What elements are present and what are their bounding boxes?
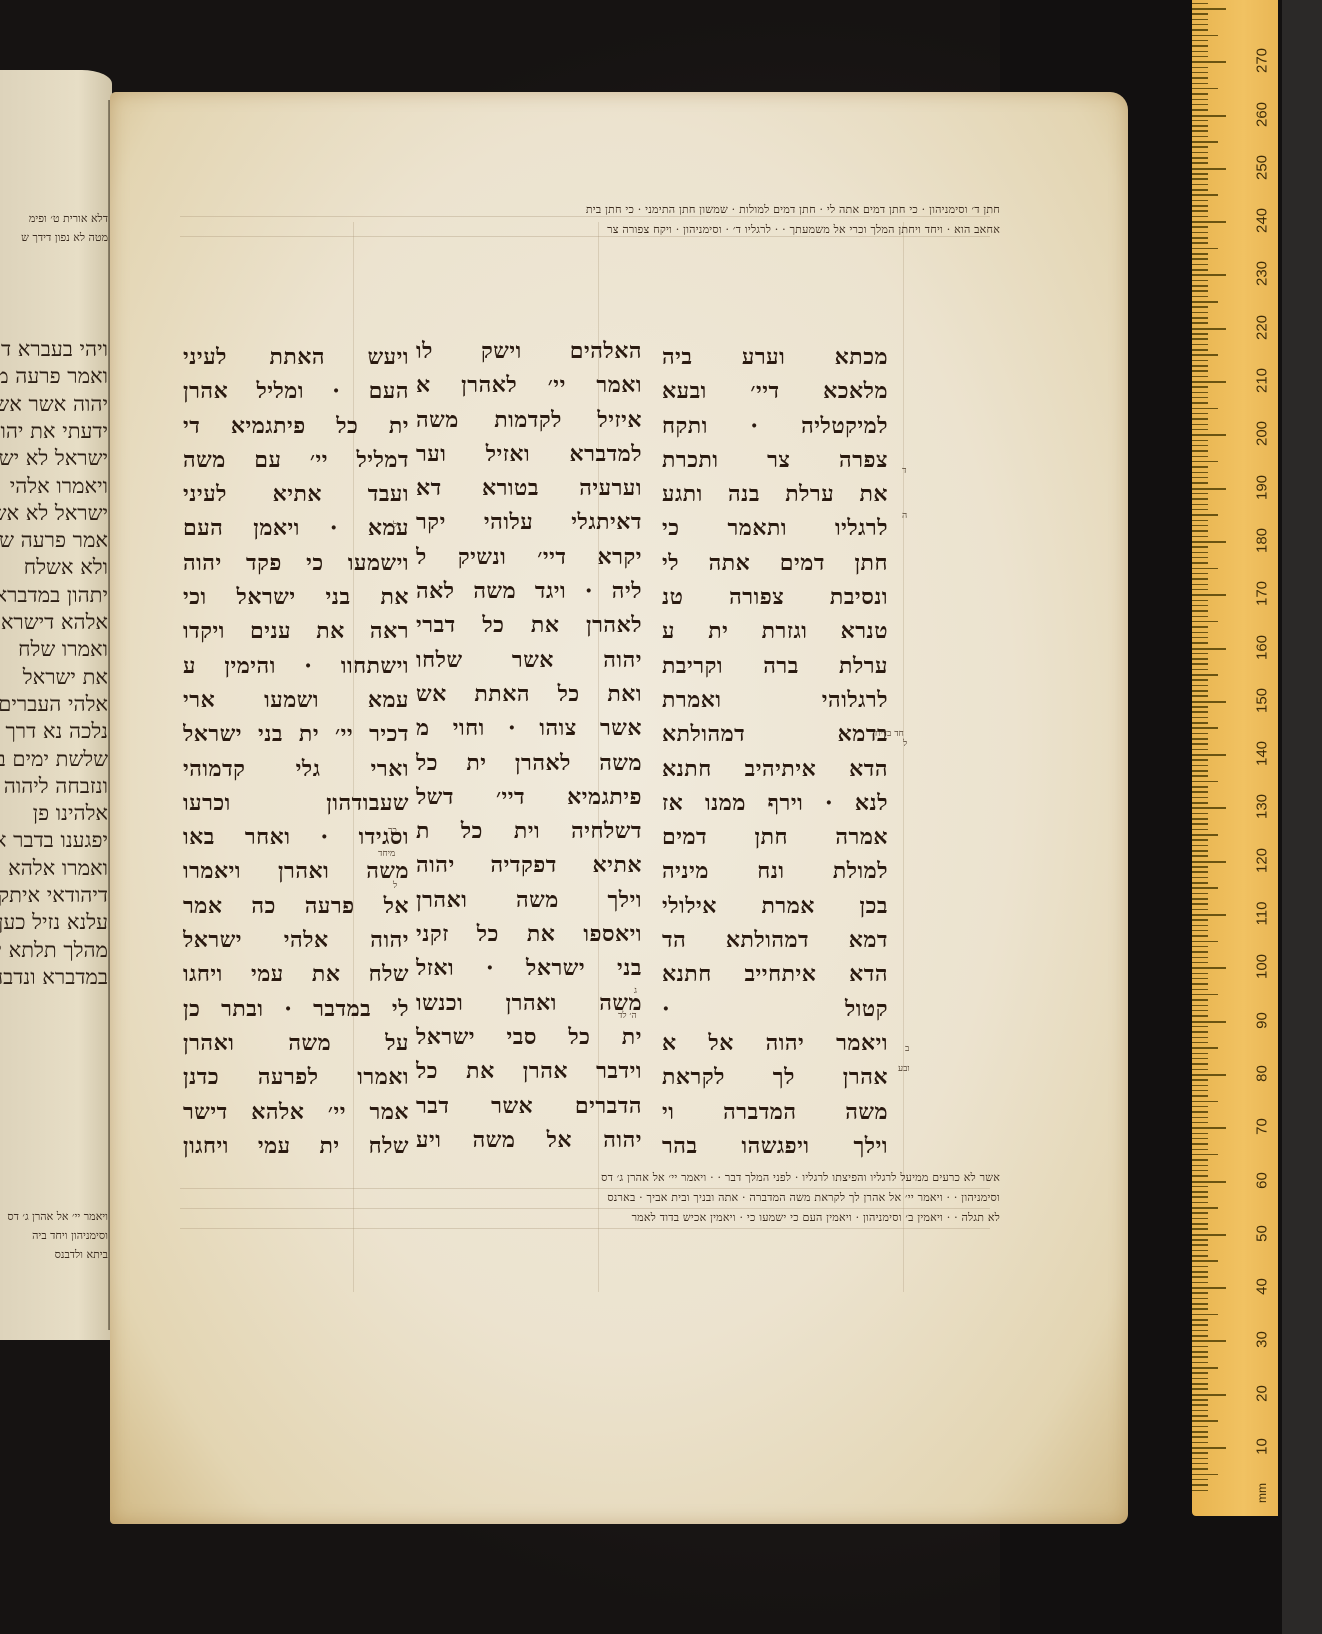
ruler-tick <box>1192 296 1208 298</box>
masorah-parva-note: ג <box>634 985 637 997</box>
ruler-tick <box>1192 1383 1208 1385</box>
ruler-tick <box>1192 1356 1208 1358</box>
text-line: האלהים וישק לו <box>416 334 642 368</box>
ruler-tick <box>1192 791 1208 793</box>
text-line: לנא · וירף ממנו אז <box>662 786 888 820</box>
masorah-magna-top-1: חתן ד׳ וסימניהון · כי חתן דמים אתה לי · … <box>300 200 1000 220</box>
text-line: דמא דמהולתא הד <box>662 923 888 957</box>
ruler-tick <box>1192 541 1226 543</box>
ruler-tick <box>1192 1442 1208 1444</box>
ruler-tick <box>1192 994 1218 996</box>
ruler-tick <box>1192 1452 1208 1454</box>
ruler-tick <box>1192 1447 1226 1449</box>
text-line: וילך ויפגשהו בהר <box>662 1129 888 1163</box>
left-page-line: יהוה אשר אשמע <box>0 391 108 418</box>
ruler-tick <box>1192 1367 1218 1369</box>
ruler-tick <box>1192 1133 1208 1135</box>
ruler-tick <box>1192 466 1208 468</box>
ruler-tick <box>1192 221 1226 223</box>
text-line: וארי גלי קדמוהי <box>183 752 409 786</box>
ruler-tick <box>1192 370 1208 372</box>
ruler-tick <box>1192 882 1208 884</box>
text-line: לרגליו ותאמר כי <box>662 511 888 545</box>
ruler-tick <box>1192 711 1208 713</box>
ruler-label: 90 <box>1254 1002 1271 1038</box>
ruler-tick <box>1192 1255 1208 1257</box>
ruler-label: 180 <box>1254 522 1271 558</box>
ruler-tick <box>1192 861 1226 863</box>
ruler-tick <box>1192 109 1208 111</box>
ruler-tick <box>1192 1346 1208 1348</box>
ruler-tick <box>1192 216 1208 218</box>
text-line: צפרה צר ותכרת <box>662 443 888 477</box>
left-page-line: אלהינו פן <box>33 800 108 827</box>
ruler-tick <box>1192 477 1208 479</box>
ruler-tick <box>1192 1186 1208 1188</box>
text-line: אמר יי׳ אלהא דישר <box>183 1095 409 1129</box>
ruler-tick <box>1192 61 1226 63</box>
text-line: ערלת ברה וקריבת <box>662 649 888 683</box>
ruler-tick <box>1192 168 1226 170</box>
ruler-tick <box>1192 360 1208 362</box>
ruler-tick <box>1192 1191 1208 1193</box>
ruler-tick <box>1192 1069 1208 1071</box>
ruler-tick <box>1192 1154 1218 1156</box>
ruler-tick <box>1192 674 1218 676</box>
ruler-tick <box>1192 45 1208 47</box>
ruler-tick <box>1192 440 1208 442</box>
text-line: אל פרעה כה אמר <box>183 889 409 923</box>
ruler-tick <box>1192 1202 1208 1204</box>
ruler-tick <box>1192 1063 1208 1065</box>
left-page-line: אמר פרעה שמי <box>0 527 108 554</box>
ruler-label: 170 <box>1254 576 1271 612</box>
ruler-label: 130 <box>1254 789 1271 825</box>
text-line: ראה את ענים ויקדו <box>183 614 409 648</box>
ruler-tick <box>1192 818 1208 820</box>
masorah-parva-note: ל <box>393 880 397 892</box>
ruler-tick <box>1192 914 1226 916</box>
ruler-tick <box>1192 365 1208 367</box>
ruler-tick <box>1192 1159 1208 1161</box>
ruler-tick <box>1192 1143 1208 1145</box>
ruler-tick <box>1192 935 1208 937</box>
ruler-tick <box>1192 823 1208 825</box>
ruler-tick <box>1192 946 1208 948</box>
ruler-tick <box>1192 546 1208 548</box>
ruler-tick <box>1192 893 1208 895</box>
ruler-tick <box>1192 392 1208 394</box>
ruler-tick <box>1192 67 1208 69</box>
left-page-line: שלשת ימים במדבר <box>0 746 108 773</box>
ruler-tick <box>1192 610 1208 612</box>
left-page-line: ויאמרו אלהי <box>10 473 108 500</box>
text-line: הדא איתיהיב חתנא <box>662 752 888 786</box>
text-line: בדמא דמהולתא <box>662 717 888 751</box>
text-line: מלאכא דיי׳ ובעא <box>662 374 888 408</box>
ruler-tick <box>1192 115 1226 117</box>
ruler-tick <box>1192 83 1208 85</box>
ruler-tick <box>1192 93 1208 95</box>
ruler-tick <box>1192 99 1208 101</box>
ruler-tick <box>1192 322 1208 324</box>
ruler-tick <box>1192 978 1208 980</box>
ruler-tick <box>1192 1037 1208 1039</box>
ruler-tick <box>1192 1308 1208 1310</box>
ruler-label: 270 <box>1254 43 1271 79</box>
ruler-label: 20 <box>1254 1375 1271 1411</box>
masorah-magna-bottom-1: אשר לא כרעים ממיעל לרגליו והפיצתו לרגליו… <box>300 1168 1000 1188</box>
ruler-tick <box>1192 178 1208 180</box>
masorah-parva-note: חד בדיח <box>875 728 904 740</box>
ruler-tick <box>1192 1181 1226 1183</box>
ruler-label: 140 <box>1254 736 1271 772</box>
ruler-tick <box>1192 1298 1208 1300</box>
ruler-tick <box>1192 301 1218 303</box>
text-line: איזיל לקדמות משה <box>416 403 642 437</box>
ruler-tick <box>1192 626 1208 628</box>
ruler-tick <box>1192 1117 1208 1119</box>
ruler-tick <box>1192 104 1208 106</box>
text-column-middle: האלהים וישק לוואמר יי׳ לאהרן אאיזיל לקדמ… <box>416 334 642 1157</box>
left-page-line: ואמר פרעה מי <box>0 363 108 390</box>
ruler-tick <box>1192 1021 1226 1023</box>
scale-ruler: 1020304050607080901001101201301401501601… <box>1192 0 1278 1516</box>
text-line: העם · ומליל אהרן <box>183 374 409 408</box>
ruler-tick <box>1192 573 1208 575</box>
ruler-tick <box>1192 397 1208 399</box>
text-line: וילך משה ואהרן <box>416 883 642 917</box>
masorah-magna-bottom-3: לא תגלה · · ויאמין ב׳ וסימניהון · ויאמין… <box>300 1208 1000 1228</box>
ruler-tick <box>1192 141 1218 143</box>
ruler-tick <box>1192 280 1208 282</box>
text-line: ית כל סבי ישראל <box>416 1020 642 1054</box>
ruler-tick <box>1192 1122 1208 1124</box>
ruler-tick <box>1192 35 1218 37</box>
text-line: אמרה חתן דמים <box>662 820 888 854</box>
ruler-tick <box>1192 797 1208 799</box>
ruler-tick <box>1192 1207 1218 1209</box>
ruler-tick <box>1192 232 1208 234</box>
ruler-tick <box>1192 1074 1226 1076</box>
ruler-tick <box>1192 727 1218 729</box>
ruler-tick <box>1192 418 1208 420</box>
text-line: לאהרן את כל דברי <box>416 608 642 642</box>
ruler-tick <box>1192 1484 1208 1486</box>
ruler-tick <box>1192 381 1226 383</box>
ruler-tick <box>1192 807 1226 809</box>
ruler-tick <box>1192 967 1226 969</box>
masorah-parva-note: כר <box>388 825 397 837</box>
ruler-tick <box>1192 941 1218 943</box>
ruler-tick <box>1192 648 1226 650</box>
masorah-parva-note: ה <box>902 510 907 522</box>
ruler-tick <box>1192 306 1208 308</box>
left-page: דלא אורית ט׳ ופימ מטה לא נפון דידך ש ויה… <box>0 70 112 1340</box>
ruler-tick <box>1192 557 1208 559</box>
left-page-line: במדברא ונדבח קדם <box>0 964 108 991</box>
left-page-line: ואמרו שלח <box>18 636 108 663</box>
left-page-line: ויהי בעברא דיו <box>0 336 108 363</box>
text-line: את ערלת בנה ותגע <box>662 477 888 511</box>
text-line: דמליל יי׳ עם משה <box>183 443 409 477</box>
text-line: יהוה אל משה ויע <box>416 1123 642 1157</box>
ruler-tick <box>1192 594 1226 596</box>
ruler-tick <box>1192 642 1208 644</box>
left-page-line: ונזבחה ליהוה <box>4 773 108 800</box>
ruler-tick <box>1192 813 1208 815</box>
ruler-label: 40 <box>1254 1269 1271 1305</box>
ruler-label: 190 <box>1254 469 1271 505</box>
ruler-tick <box>1192 429 1208 431</box>
ruler-tick <box>1192 1101 1218 1103</box>
ruler-tick <box>1192 1111 1208 1113</box>
ruler-tick <box>1192 850 1208 852</box>
ruler-tick <box>1192 338 1208 340</box>
ruler-tick <box>1192 957 1208 959</box>
left-page-line: יפגענו בדבר או <box>0 827 108 854</box>
text-line: יהוה אלהי ישראל <box>183 923 409 957</box>
ruler-label: 200 <box>1254 416 1271 452</box>
text-line: וידבר אהרן את כל <box>416 1054 642 1088</box>
ruler-tick <box>1192 770 1208 772</box>
text-line: דאיתגלי עלוהי יקר <box>416 505 642 539</box>
text-line: וישתחוו · והימין ע <box>183 649 409 683</box>
ruler-tick <box>1192 1436 1208 1438</box>
ruler-tick <box>1192 690 1208 692</box>
left-page-line: אלהא דישראל <box>0 609 108 636</box>
ruler-tick <box>1192 1303 1208 1305</box>
ruler-tick <box>1192 1212 1208 1214</box>
ruler-tick <box>1192 584 1208 586</box>
ruler-tick <box>1192 1165 1208 1167</box>
text-line: דכיר יי׳ ית בני ישראל <box>183 717 409 751</box>
left-page-line: ידעתי את יהוה <box>0 418 108 445</box>
ruler-tick <box>1192 845 1208 847</box>
ruler-tick <box>1192 706 1208 708</box>
ruler-tick <box>1192 1196 1208 1198</box>
text-line: למולת ונח מיניה <box>662 854 888 888</box>
ruler-tick <box>1192 77 1208 79</box>
ruler-tick <box>1192 8 1226 10</box>
ruler-tick <box>1192 1218 1208 1220</box>
ruler-tick <box>1192 669 1208 671</box>
ruler-tick <box>1192 717 1208 719</box>
ruler-tick <box>1192 1047 1218 1049</box>
ruler-tick <box>1192 951 1208 953</box>
ruler-tick <box>1192 973 1208 975</box>
ruler-tick <box>1192 530 1208 532</box>
ruler-tick <box>1192 1330 1208 1332</box>
ruler-label: 220 <box>1254 309 1271 345</box>
ruler-tick <box>1192 88 1218 90</box>
ruler-tick <box>1192 1244 1208 1246</box>
ruler-tick <box>1192 24 1208 26</box>
text-line: וערעיה בטורא דא <box>416 471 642 505</box>
text-line: לי במדבר · ובתר כן <box>183 992 409 1026</box>
ruler-tick <box>1192 1015 1208 1017</box>
ruler-tick <box>1192 999 1208 1001</box>
ruling-line <box>903 222 904 1292</box>
ruler-tick <box>1192 1394 1226 1396</box>
ruler-tick <box>1192 589 1208 591</box>
ruler-tick <box>1192 290 1208 292</box>
masorah-parva-note: ב <box>905 1043 909 1055</box>
ruler-tick <box>1192 781 1218 783</box>
ruler-tick <box>1192 472 1208 474</box>
ruler-tick <box>1192 685 1208 687</box>
ruler-tick <box>1192 413 1208 415</box>
ruler-tick <box>1192 1474 1218 1476</box>
ruler-tick <box>1192 1468 1208 1470</box>
ruler-tick <box>1192 1266 1208 1268</box>
text-line: ליה · ויגד משה לאה <box>416 574 642 608</box>
ruler-tick <box>1192 349 1208 351</box>
ruler-tick <box>1192 173 1208 175</box>
ruler-tick <box>1192 248 1218 250</box>
text-line: פיתגמיא דיי׳ דשל <box>416 780 642 814</box>
text-line: הדברים אשר דבר <box>416 1089 642 1123</box>
ruler-tick <box>1192 1282 1208 1284</box>
ruler-tick <box>1192 925 1208 927</box>
ruler-tick <box>1192 312 1208 314</box>
ruler-tick <box>1192 1250 1208 1252</box>
ruler-tick <box>1192 1005 1208 1007</box>
text-line: עמא · ויאמן העם <box>183 511 409 545</box>
ruler-tick <box>1192 125 1208 127</box>
ruler-tick <box>1192 1239 1208 1241</box>
ruler-tick <box>1192 1404 1208 1406</box>
ruler-tick <box>1192 1351 1208 1353</box>
ruler-tick <box>1192 722 1208 724</box>
ruler-tick <box>1192 695 1208 697</box>
text-line: משה המדברה וי <box>662 1095 888 1129</box>
text-line: אהרן לך לקראת <box>662 1060 888 1094</box>
ruler-tick <box>1192 200 1208 202</box>
ruler-tick <box>1192 269 1208 271</box>
ruler-label: 240 <box>1254 203 1271 239</box>
ruler-tick <box>1192 194 1218 196</box>
ruler-tick <box>1192 600 1208 602</box>
ruler-tick <box>1192 509 1208 511</box>
text-line: שעבודהון וכרעו <box>183 786 409 820</box>
ruler-tick <box>1192 237 1208 239</box>
ruler-tick <box>1192 701 1226 703</box>
ruler-tick <box>1192 578 1208 580</box>
ruler-label: 80 <box>1254 1055 1271 1091</box>
masorah-parva-note: ל <box>393 520 397 532</box>
ruler-tick <box>1192 386 1208 388</box>
ruler-tick <box>1192 434 1226 436</box>
ruler-tick <box>1192 1410 1208 1412</box>
ruler-tick <box>1192 536 1208 538</box>
text-line: משה ואהרן ויאמרו <box>183 854 409 888</box>
left-page-line: את ישראל <box>23 664 108 691</box>
ruler-unit-label: mm <box>1255 1475 1269 1511</box>
left-page-line: ישראל לא ישלח <box>0 445 108 472</box>
ruler-tick <box>1192 1431 1208 1433</box>
text-line: ית כל פיתגמיא די <box>183 409 409 443</box>
masorah-parva-note: מיחד <box>378 848 395 860</box>
ruler-label: 60 <box>1254 1162 1271 1198</box>
ruler-tick <box>1192 1010 1208 1012</box>
ruler-label: 10 <box>1254 1429 1271 1465</box>
left-page-line: מהלך תלתא יומי <box>0 937 108 964</box>
ruler-tick <box>1192 1292 1208 1294</box>
ruler-tick <box>1192 482 1208 484</box>
ruler-label: 260 <box>1254 96 1271 132</box>
ruler-tick <box>1192 184 1208 186</box>
ruler-tick <box>1192 152 1208 154</box>
ruler-tick <box>1192 621 1218 623</box>
left-page-line: ישראל לא אשל <box>0 500 108 527</box>
text-line: את בני ישראל וכי <box>183 580 409 614</box>
ruler-tick <box>1192 210 1208 212</box>
ruler-label: 30 <box>1254 1322 1271 1358</box>
ruler-label: 210 <box>1254 363 1271 399</box>
text-line: יהוה אשר שלחו <box>416 643 642 677</box>
text-line: שלח את עמי ויחגו <box>183 957 409 991</box>
ruler-tick <box>1192 3 1208 5</box>
text-column-right: מכתא וערע ביהמלאכא דיי׳ ובעאלמיקטליה · ו… <box>662 340 888 1163</box>
ruler-tick <box>1192 759 1208 761</box>
ruler-tick <box>1192 605 1208 607</box>
ruler-tick <box>1192 1138 1208 1140</box>
ruler-tick <box>1192 317 1208 319</box>
text-line: ועבד אתיא לעיני <box>183 477 409 511</box>
ruler-tick <box>1192 525 1208 527</box>
ruler-tick <box>1192 1372 1208 1374</box>
ruler-tick <box>1192 1388 1208 1390</box>
text-line: ויעש האתת לעיני <box>183 340 409 374</box>
ruler-tick <box>1192 679 1208 681</box>
ruler-tick <box>1192 562 1208 564</box>
ruler-label: 230 <box>1254 256 1271 292</box>
ruler-tick <box>1192 653 1208 655</box>
ruler-tick <box>1192 445 1208 447</box>
ruler-tick <box>1192 1026 1208 1028</box>
ruler-label: 50 <box>1254 1215 1271 1251</box>
ruler-tick <box>1192 733 1208 735</box>
text-line: למיקטליה · ותקח <box>662 409 888 443</box>
left-masorah-bottom-3: ביתא ולדבנס <box>55 1241 108 1268</box>
ruler-tick <box>1192 1085 1208 1087</box>
text-line: ואמר יי׳ לאהרן א <box>416 368 642 402</box>
text-line: ואת כל האתת אש <box>416 677 642 711</box>
ruler-tick <box>1192 136 1208 138</box>
ruler-tick <box>1192 1228 1208 1230</box>
text-line: הדא איתחייב חתנא <box>662 957 888 991</box>
ruler-tick <box>1192 520 1208 522</box>
text-line: לרגלוהי ואמרת <box>662 683 888 717</box>
ruler-tick <box>1192 903 1208 905</box>
text-line: על משה ואהרן <box>183 1026 409 1060</box>
ruler-tick <box>1192 1458 1208 1460</box>
masorah-magna-top-2: אחאב הוא · ויחד ויחתן המלך וכרי אל משמעת… <box>300 220 1000 240</box>
ruler-tick <box>1192 1426 1208 1428</box>
ruler-tick <box>1192 354 1218 356</box>
ruler-tick <box>1192 552 1208 554</box>
ruler-tick <box>1192 632 1208 634</box>
ruler-tick <box>1192 1260 1218 1262</box>
ruler-tick <box>1192 834 1218 836</box>
ruler-tick <box>1192 264 1208 266</box>
ruler-tick <box>1192 488 1226 490</box>
ruler-tick <box>1192 130 1208 132</box>
left-page-line: נלכה נא דרך <box>5 718 108 745</box>
text-line: קטול · <box>662 992 888 1026</box>
ruler-tick <box>1192 1463 1208 1465</box>
